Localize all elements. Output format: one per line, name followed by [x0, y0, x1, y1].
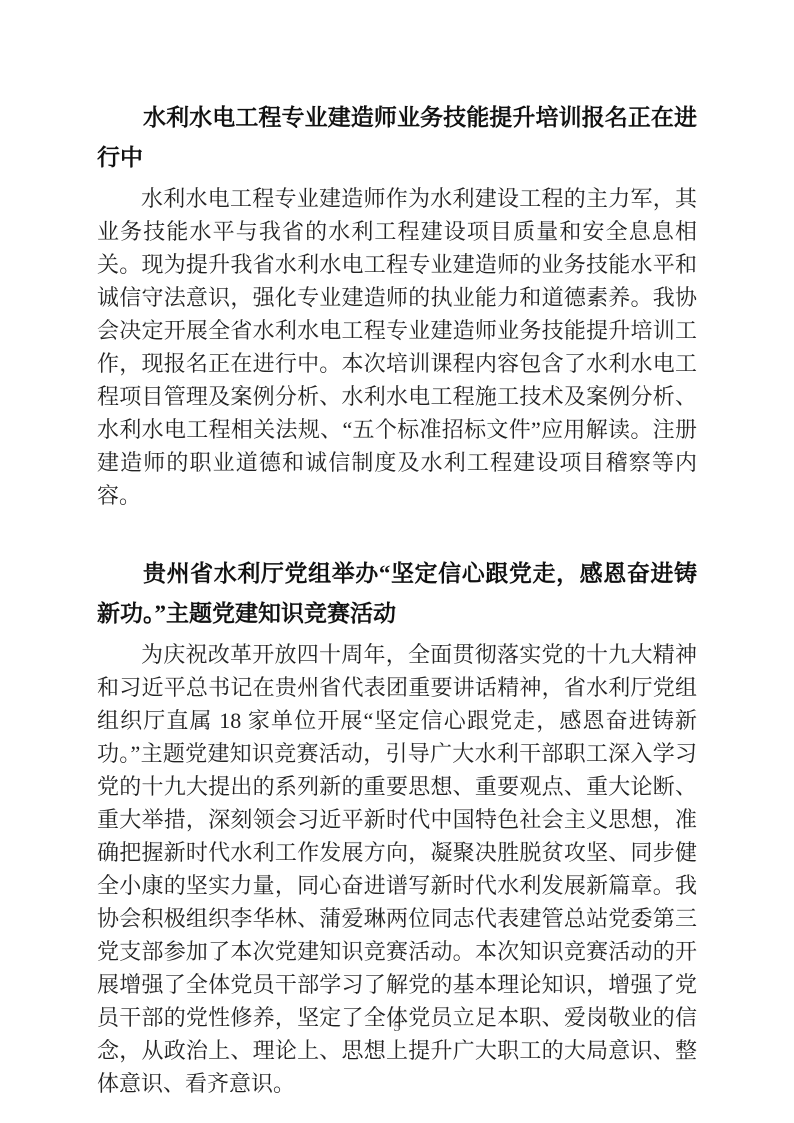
section-training-enrollment: 水利水电工程专业建造师业务技能提升培训报名正在进行中 水利水电工程专业建造师作为… [97, 98, 697, 512]
section-party-knowledge-competition: 贵州省水利厅党组举办“坚定信心跟党走，感恩奋进铸新功。”主题党建知识竞赛活动 为… [97, 554, 697, 1100]
document-page: 水利水电工程专业建造师业务技能提升培训报名正在进行中 水利水电工程专业建造师作为… [0, 0, 794, 1123]
section-heading: 水利水电工程专业建造师业务技能提升培训报名正在进行中 [97, 98, 697, 178]
section-heading: 贵州省水利厅党组举办“坚定信心跟党走，感恩奋进铸新功。”主题党建知识竞赛活动 [97, 554, 697, 634]
section-paragraph: 水利水电工程专业建造师作为水利建设工程的主力军，其业务技能水平与我省的水利工程建… [97, 182, 697, 512]
page-number: 5 [0, 1020, 794, 1036]
